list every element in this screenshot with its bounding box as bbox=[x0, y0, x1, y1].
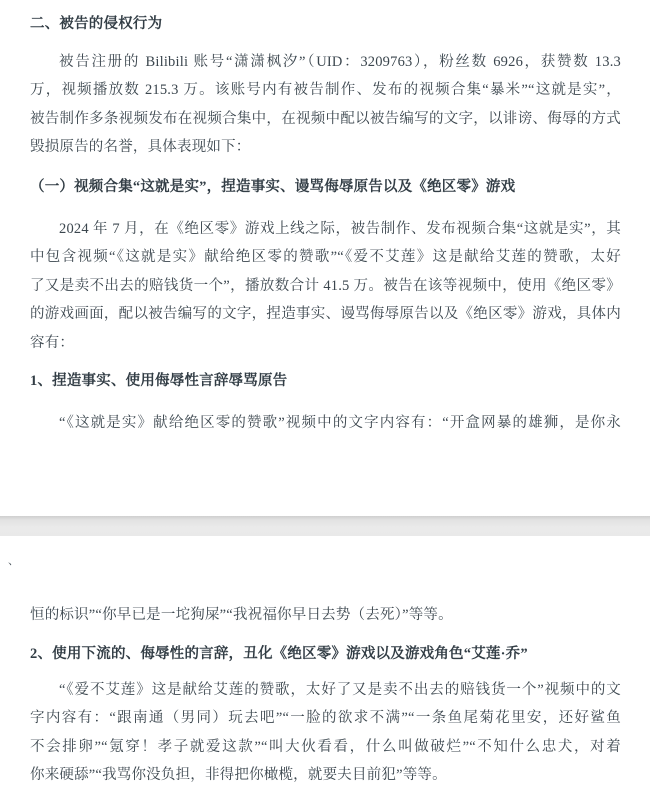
text-line: 你来硬舔”“我骂你没负担，非得把你橄榄，就要夫目前犯”等等。 bbox=[30, 761, 621, 789]
text-line: “《爱不艾莲》这是献给艾莲的赞歌，太好了又是卖不出去的赔钱货一个”视频中的文 bbox=[30, 676, 621, 704]
intro-paragraph: 被告注册的 Bilibili 账号“潇潇枫汐”（UID：3209763），粉丝数… bbox=[30, 48, 621, 162]
text-line: 容有： bbox=[30, 329, 621, 357]
point-1-heading: 1、捏造事实、使用侮辱性言辞辱骂原告 bbox=[30, 367, 621, 395]
page-break-separator bbox=[0, 516, 650, 536]
section-1-paragraph: 2024 年 7 月，在《绝区零》游戏上线之际，被告制作、发布视频合集“这就是实… bbox=[30, 215, 621, 357]
text-line: 2024 年 7 月，在《绝区零》游戏上线之际，被告制作、发布视频合集“这就是实… bbox=[30, 215, 621, 243]
text-line: 不会排卵”“氪穿！孝子就爱这款”“叫大伙看看，什么叫做破烂”“不知什么忠犬，对着 bbox=[30, 733, 621, 761]
main-heading: 二、被告的侵权行为 bbox=[30, 10, 621, 38]
stray-punctuation-mark: 、 bbox=[8, 551, 19, 571]
point-2-heading: 2、使用下流的、侮辱性的言辞，丑化《绝区零》游戏以及游戏角色“艾莲·乔” bbox=[30, 640, 621, 668]
document-page: 二、被告的侵权行为 被告注册的 Bilibili 账号“潇潇枫汐”（UID：32… bbox=[0, 0, 650, 800]
section-1-heading: （一）视频合集“这就是实”，捏造事实、谩骂侮辱原告以及《绝区零》游戏 bbox=[30, 173, 621, 201]
point-1-paragraph-part-2: 恒的标识”“你早已是一坨狗屎”“我祝福你早日去势（去死）”等等。 bbox=[30, 601, 621, 629]
text-line: 恒的标识”“你早已是一坨狗屎”“我祝福你早日去势（去死）”等等。 bbox=[30, 601, 621, 629]
text-line: 被告注册的 Bilibili 账号“潇潇枫汐”（UID：3209763），粉丝数… bbox=[30, 48, 621, 76]
text-line: 的游戏画面，配以被告编写的文字，捏造事实、谩骂侮辱原告以及《绝区零》游戏，具体内 bbox=[30, 300, 621, 328]
point-2-paragraph: “《爱不艾莲》这是献给艾莲的赞歌，太好了又是卖不出去的赔钱货一个”视频中的文 字… bbox=[30, 676, 621, 790]
text-line: 了又是卖不出去的赔钱货一个”，播放数合计 41.5 万。被告在该等视频中，使用《… bbox=[30, 272, 621, 300]
text-line: 万，视频播放数 215.3 万。该账号内有被告制作、发布的视频合集“暴米”“这就… bbox=[30, 76, 621, 104]
text-line: 毁损原告的名誉，具体表现如下： bbox=[30, 133, 621, 161]
text-line: 被告制作多条视频发布在视频合集中，在视频中配以被告编写的文字，以诽谤、侮辱的方式 bbox=[30, 105, 621, 133]
text-line: 中包含视频“《这就是实》献给绝区零的赞歌”“《爱不艾莲》这是献给艾莲的赞歌，太好 bbox=[30, 243, 621, 271]
point-1-paragraph-part-1: “《这就是实》献给绝区零的赞歌”视频中的文字内容有：“开盒网暴的雄狮，是你永 bbox=[30, 409, 621, 437]
text-line: 字内容有：“跟南通（男同）玩去吧”“一脸的欲求不满”“一条鱼尾菊花里安，还好鲨鱼 bbox=[30, 704, 621, 732]
text-line: “《这就是实》献给绝区零的赞歌”视频中的文字内容有：“开盒网暴的雄狮，是你永 bbox=[30, 409, 621, 437]
